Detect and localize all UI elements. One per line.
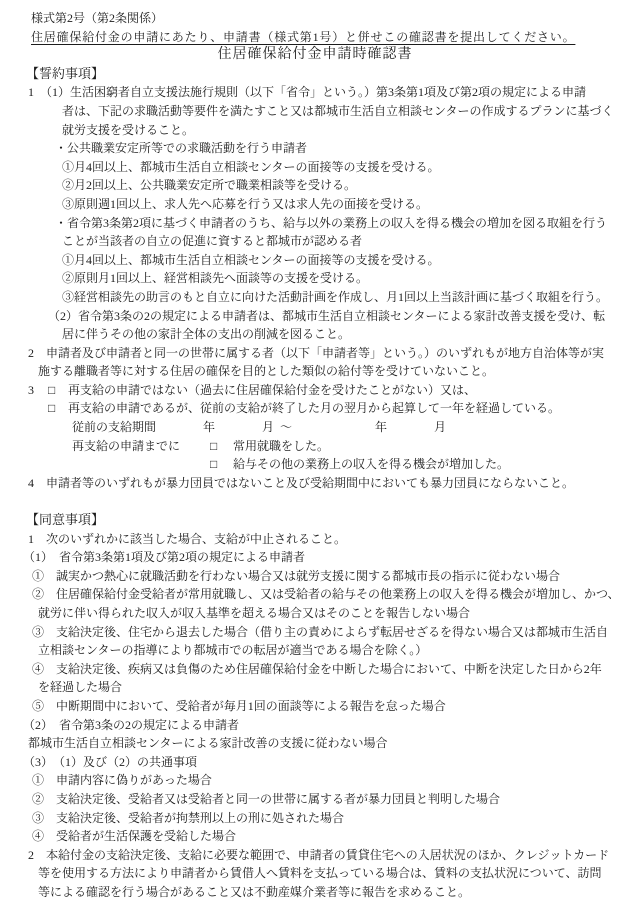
document-line: （3） （1）及び（2）の共通事項	[23, 753, 630, 772]
document-line: 2 申請者及び申請者と同一の世帯に属する者（以下「申請者等」という。）のいずれも…	[28, 344, 630, 363]
document-line: 者は、下記の求職活動等要件を満たすこと又は都城市生活自立相談センターの作成するプ…	[62, 102, 630, 121]
line-segment: 再支給の申請ではない（過去に住居確保給付金を受けたことがない）又は、	[68, 381, 476, 400]
line-segment: 3	[28, 381, 34, 400]
previous-payment-period-row: 従前の支給期間年月～年月	[0, 418, 630, 437]
document-line: 等による確認を行う場合があること又は不動産媒介業者等に報告を求めること。	[38, 883, 630, 902]
document-line: 2 本給付金の支給決定後、支給に必要な範囲で、申請者の賃貸住宅への入居状況のほか…	[28, 846, 630, 865]
line-segment: 再支給の申請であるが、従前の支給が終了した月の翌月から起算して一年を経過している…	[68, 399, 560, 418]
document-line: ④ 受給者が生活保護を受給した場合	[32, 827, 630, 846]
document-line: ③ 支給決定後、住宅から退去した場合（借り主の責めによらず転居せざるを得ない場合…	[32, 623, 630, 642]
document-line: 1 次のいずれかに該当した場合、支給が中止されること。	[28, 530, 630, 549]
form-number: 様式第2号（第2条関係）	[31, 9, 630, 28]
consent-section-heading: 【同意事項】	[26, 511, 630, 530]
document-line: （2）省令第3条の2の規定による申請者は、都城市生活自立相談センターによる家計改…	[48, 307, 630, 326]
line-segment: 従前の支給期間	[72, 418, 156, 437]
document-line: 居に伴うその他の家計全体の支出の削減を図ること。	[62, 325, 630, 344]
re-grant-checkbox-row: □再支給の申請であるが、従前の支給が終了した月の翌月から起算して一年を経過してい…	[0, 399, 630, 418]
document-line: 立相談センターの指導により都城市での転居が適当である場合を除く。）	[38, 641, 630, 660]
document-line: 4 申請者等のいずれもが暴力団員ではないこと及び受給期間中においても暴力団員にな…	[28, 474, 630, 493]
regular-employment-checkbox-row: 再支給の申請までに□常用就職をした。	[0, 437, 630, 456]
document-title: 住居確保給付金申請時確認書	[0, 46, 630, 65]
document-line: ① 誠実かつ熱心に就職活動を行わない場合又は就労支援に関する都城市長の指示に従わ…	[32, 567, 630, 586]
document-line: ①月4回以上、都城市生活自立相談センターの面接等の支援を受ける。	[62, 251, 630, 270]
document-line: 就労に伴い得られた収入が収入基準を超える場合又はそのことを報告しない場合	[38, 604, 630, 623]
line-segment: 月	[262, 418, 274, 437]
document-line: （1） 省令第3条第1項及び第2項の規定による申請者	[23, 548, 630, 567]
line-segment: 年	[375, 418, 387, 437]
income-increase-checkbox-row: □給与その他の業務上の収入を得る機会が増加した。	[0, 455, 630, 474]
checkbox-icon: □	[48, 399, 55, 418]
document-line: （2） 省令第3条の2の規定による申請者	[23, 716, 630, 735]
document-line: 1 （1）生活困窮者自立支援法施行規則（以下「省令」という。）第3条第1項及び第…	[28, 83, 630, 102]
line-segment: 再支給の申請までに	[72, 437, 180, 456]
line-segment: 月	[434, 418, 446, 437]
checkbox-icon: □	[210, 455, 217, 474]
document-page: 様式第2号（第2条関係） 住居確保給付金の申請にあたり、申請書（様式第1号）と併…	[0, 0, 630, 903]
first-application-checkbox-row: 3□再支給の申請ではない（過去に住居確保給付金を受けたことがない）又は、	[0, 381, 630, 400]
document-sections: 【誓約事項】1 （1）生活困窮者自立支援法施行規則（以下「省令」という。）第3条…	[0, 65, 630, 902]
document-line: ことが当該者の自立の促進に資すると都城市が認める者	[62, 232, 630, 251]
document-line: 等を使用する方法により申請者から賃借人へ賃料を支払っている場合は、賃料の支払状況…	[38, 864, 630, 883]
document-line: ②原則月1回以上、経営相談先へ面談等の支援を受ける。	[62, 269, 630, 288]
document-line: ② 支給決定後、受給者又は受給者と同一の世帯に属する者が暴力団員と判明した場合	[32, 790, 630, 809]
document-line: ②月2回以上、公共職業安定所で職業相談等を受ける。	[62, 176, 630, 195]
document-line: ・公共職業安定所等での求職活動を行う申請者	[55, 139, 630, 158]
document-line: ④ 支給決定後、疾病又は負傷のため住居確保給付金を中断した場合において、中断を決…	[32, 660, 630, 679]
instruction-note: 住居確保給付金の申請にあたり、申請書（様式第1号）と併せこの確認書を提出してくだ…	[31, 28, 630, 47]
pledge-section-heading: 【誓約事項】	[26, 65, 630, 84]
document-line: ② 住居確保給付金受給者が常用就職し、又は受給者の給与その他業務上の収入を得る機…	[32, 585, 630, 604]
document-line: 就労支援を受けること。	[62, 121, 630, 140]
checkbox-icon: □	[48, 381, 55, 400]
document-line: ③ 支給決定後、受給者が拘禁刑以上の刑に処された場合	[32, 809, 630, 828]
line-segment: 給与その他の業務上の収入を得る機会が増加した。	[233, 455, 509, 474]
document-line: ① 申請内容に偽りがあった場合	[32, 771, 630, 790]
document-line: ⑤ 中断期間中において、受給者が毎月1回の面談等による報告を怠った場合	[32, 697, 630, 716]
document-line: ・省令第3条第2項に基づく申請者のうち、給与以外の業務上の収入を得る機会の増加を…	[55, 214, 630, 233]
document-line: ③原則週1回以上、求人先へ応募を行う又は求人先の面接を受ける。	[62, 195, 630, 214]
document-line: 施する離職者等に対する住居の確保を目的とした類似の給付等を受けていないこと。	[38, 362, 630, 381]
line-segment: 常用就職をした。	[233, 437, 329, 456]
document-line: ①月4回以上、都城市生活自立相談センターの面接等の支援を受ける。	[62, 158, 630, 177]
document-line: ③経営相談先の助言のもと自立に向けた活動計画を作成し、月1回以上当該計画に基づく…	[62, 288, 630, 307]
line-segment: ～	[280, 418, 292, 437]
document-line: を経過した場合	[38, 678, 630, 697]
line-segment: 年	[203, 418, 215, 437]
document-line: 都城市生活自立相談センターによる家計改善の支援に従わない場合	[28, 734, 630, 753]
checkbox-icon: □	[210, 437, 217, 456]
